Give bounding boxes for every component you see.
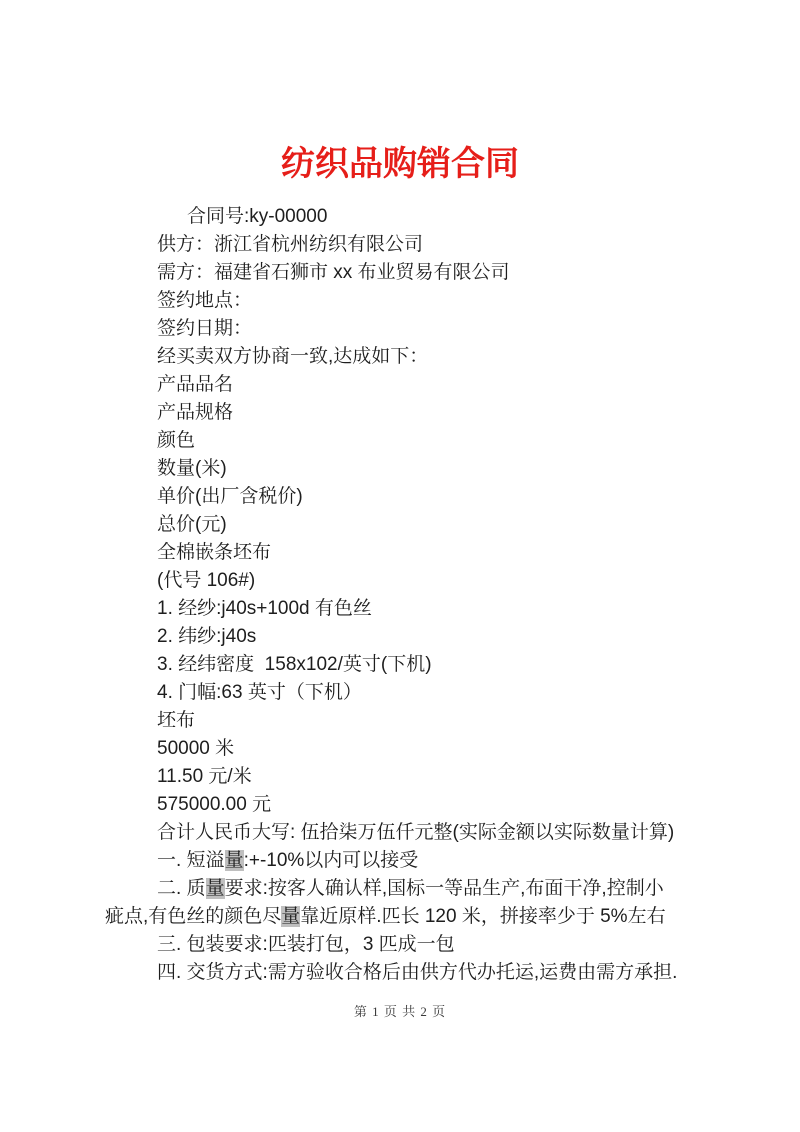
clause-2-quality-line-1: 二. 质量要求:按客人确认样,国标一等品生产,布面干净,控制小 [105, 875, 745, 903]
unit-price-value: 11.50 元/米 [105, 763, 745, 791]
color-value: 坯布 [105, 707, 745, 735]
spec-item-2: 2. 纬纱:j40s [105, 623, 745, 651]
spec-item-4: 4. 门幅:63 英寸（下机） [105, 679, 745, 707]
document-title: 纺织品购销合同 [0, 136, 800, 185]
page-number-indicator: 第 1 页 共 2 页 [0, 1001, 800, 1020]
signing-place: 签约地点： [105, 287, 745, 315]
total-in-words: 合计人民币大写: 伍拾柒万伍仟元整(实际金额以实际数量计算) [105, 819, 745, 847]
text-segment: 要求:按客人确认样,国标一等品生产,布面干净,控制小 [225, 878, 664, 899]
highlighted-character: 量 [225, 850, 244, 871]
clause-1-short-overage: 一. 短溢量:+-10%以内可以接受 [105, 847, 745, 875]
spec-item-1: 1. 经纱:j40s+100d 有色丝 [105, 595, 745, 623]
product-code: (代号 106#) [105, 567, 745, 595]
product-name-label: 产品品名 [105, 371, 745, 399]
text-segment: 一. 短溢 [157, 850, 225, 871]
text-segment: 二. 质 [157, 878, 206, 899]
text-segment: 靠近原样.匹长 120 米，拼接率少于 5%左右 [300, 906, 665, 927]
contract-document-page: 纺织品购销合同 合同号:ky-00000供方：浙江省杭州纺织有限公司需方：福建省… [0, 0, 800, 1132]
text-segment: :+-10%以内可以接受 [244, 850, 419, 871]
clause-2-quality-line-2: 疵点,有色丝的颜色尽量靠近原样.匹长 120 米，拼接率少于 5%左右 [105, 903, 745, 931]
product-spec-label: 产品规格 [105, 399, 745, 427]
total-price-value: 575000.00 元 [105, 791, 745, 819]
quantity-value: 50000 米 [105, 735, 745, 763]
clause-3-packing: 三. 包装要求:匹装打包，3 匹成一包 [105, 931, 745, 959]
unit-price-label: 单价(出厂含税价) [105, 483, 745, 511]
product-name-value: 全棉嵌条坯布 [105, 539, 745, 567]
clause-4-delivery: 四. 交货方式:需方验收合格后由供方代办托运,运费由需方承担. [105, 959, 745, 987]
total-price-label: 总价(元) [105, 511, 745, 539]
document-body: 合同号:ky-00000供方：浙江省杭州纺织有限公司需方：福建省石狮市 xx 布… [105, 203, 745, 987]
signing-date: 签约日期： [105, 315, 745, 343]
highlighted-character: 量 [281, 906, 300, 927]
spec-item-3: 3. 经纬密度 158x102/英寸(下机) [105, 651, 745, 679]
quantity-label: 数量(米) [105, 455, 745, 483]
buyer: 需方：福建省石狮市 xx 布业贸易有限公司 [105, 259, 745, 287]
supplier: 供方：浙江省杭州纺织有限公司 [105, 231, 745, 259]
agreement-intro: 经买卖双方协商一致,达成如下： [105, 343, 745, 371]
text-segment: 疵点,有色丝的颜色尽 [105, 906, 281, 927]
color-label: 颜色 [105, 427, 745, 455]
highlighted-character: 量 [206, 878, 225, 899]
contract-number: 合同号:ky-00000 [105, 203, 745, 231]
